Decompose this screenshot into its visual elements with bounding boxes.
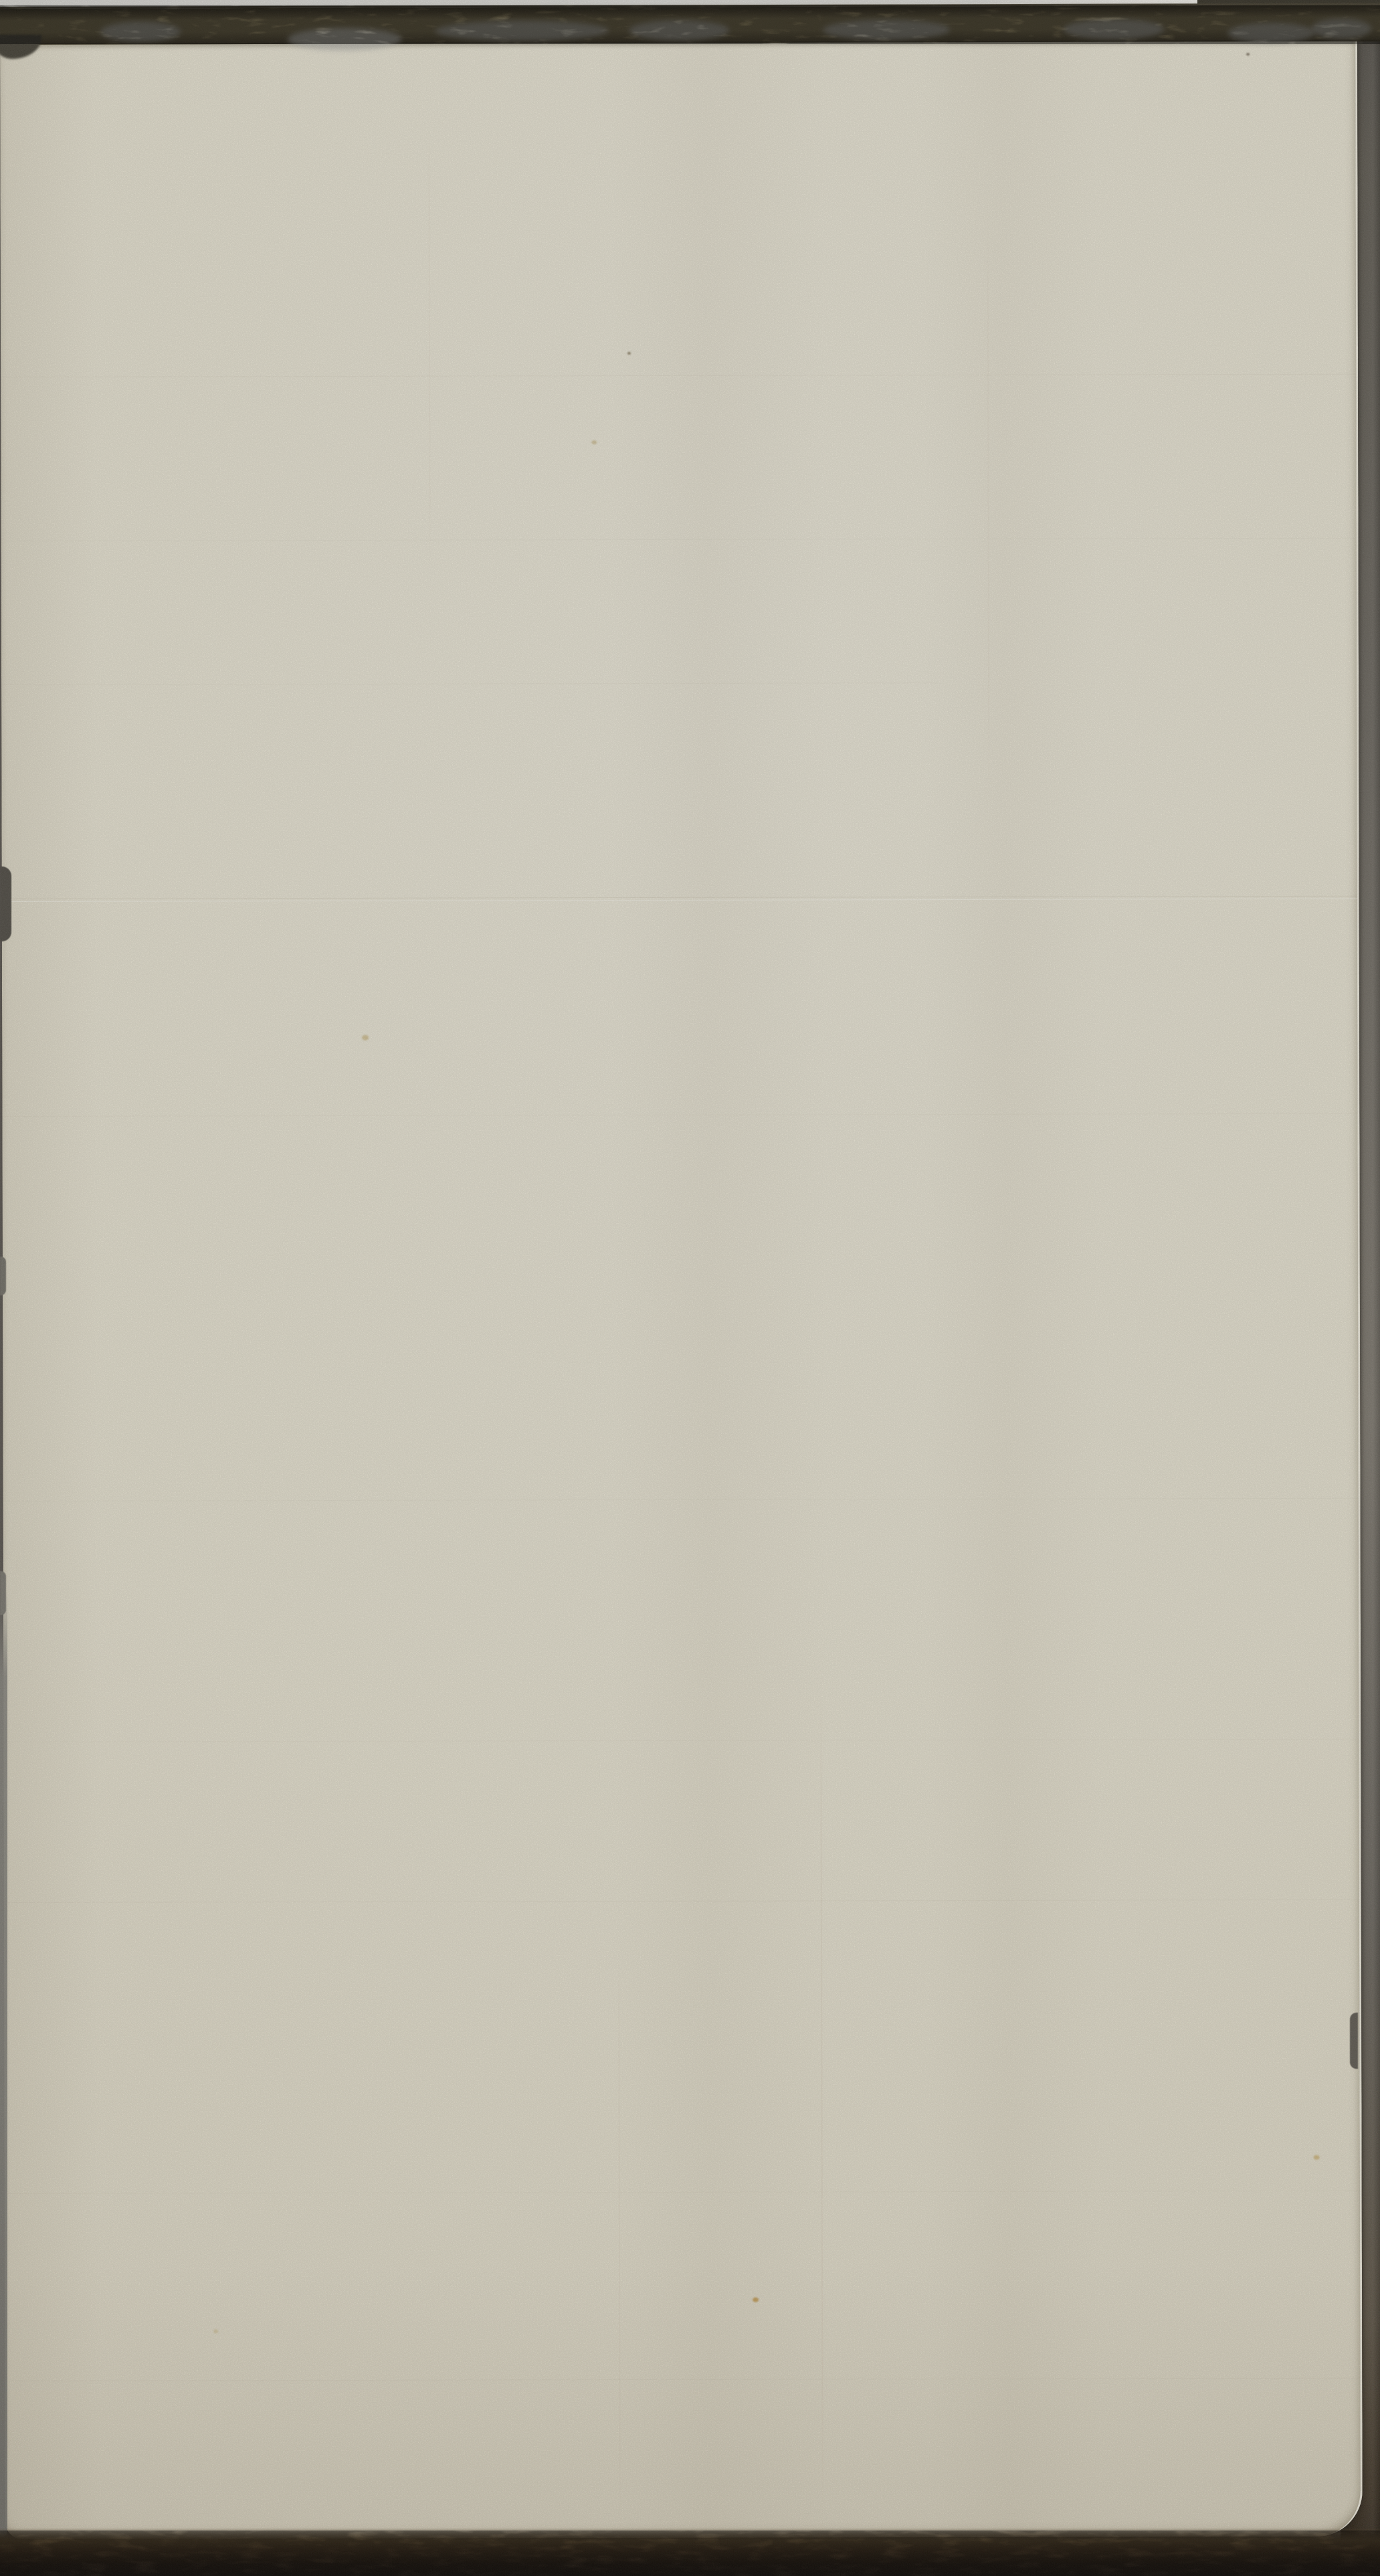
edge-mark [0,866,11,941]
foxing-spot [362,1035,369,1040]
crease-line-vertical [987,197,990,800]
foxing-spot [213,2329,218,2333]
crease-line-horizontal [5,2191,1360,2197]
cover-band-wear-patch [629,20,729,40]
cover-bottom-edge [0,2528,1380,2576]
crease-line-horizontal [1,374,1356,380]
crease-line-horizontal [2,1113,1357,1119]
foxing-spot [627,352,631,355]
cover-band-wear-patch [100,21,181,41]
book-scan [0,0,1380,2576]
edge-mark [0,1257,6,1295]
crease-line-horizontal [5,2378,1360,2384]
crease-line-vertical [618,1938,621,2540]
crease-line-horizontal [1,682,938,688]
crease-line-horizontal [3,1498,1359,1504]
crease-line-horizontal [3,1739,1359,1745]
foxing-spot [591,440,597,444]
foxing-spot [1314,2155,1320,2160]
blank-page [0,29,1363,2539]
foxing-spot [753,2298,759,2302]
cover-band-wear-patch [823,19,950,39]
crease-line-horizontal [1,538,1357,544]
crease-line-horizontal [4,1900,1359,1906]
cover-band-wear-patch [1064,19,1164,39]
edge-mark [1350,2013,1358,2069]
cover-top-edge-band [0,3,1380,45]
crease-line-vertical [820,1669,823,2533]
cover-band-wear-patch [1227,23,1314,43]
crease-line-horizontal [2,896,1357,902]
cover-band-wear-patch [1311,19,1371,39]
crease-line-vertical [428,112,430,580]
edge-mark [0,1571,6,1615]
cover-band-wear-patch [435,21,609,41]
scanner-strip-left [0,1592,7,2537]
foxing-spot [1246,53,1250,56]
